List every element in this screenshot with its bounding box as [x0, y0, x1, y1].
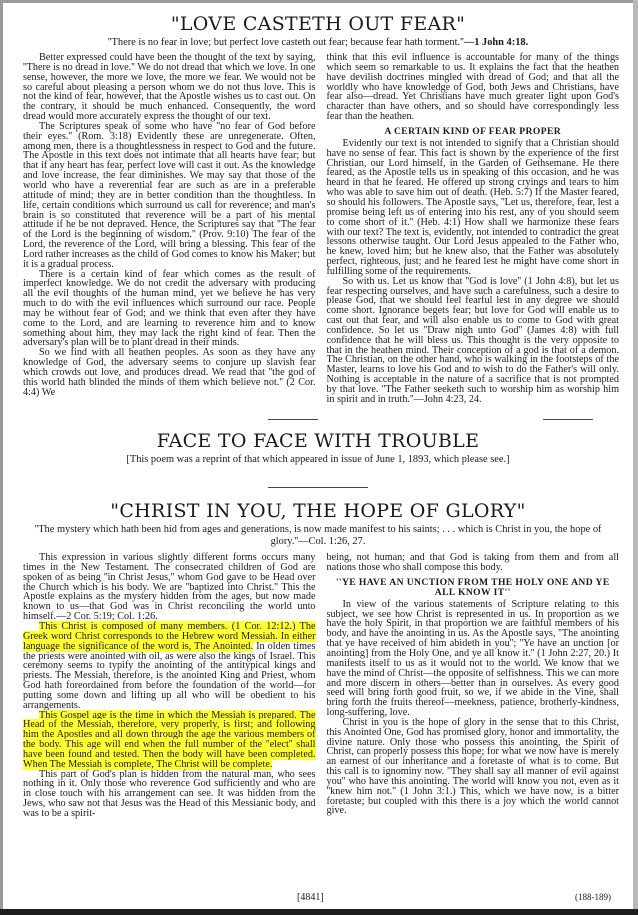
article-title-christ-in-you: "CHRIST IN YOU, THE HOPE OF GLORY" — [3, 500, 633, 522]
article-title-love-casteth-out-fear: "LOVE CASTETH OUT FEAR" — [3, 13, 633, 35]
paragraph: There is a certain kind of fear which co… — [23, 270, 316, 349]
article-epigraph: ''The mystery which hath been hid from a… — [3, 524, 633, 548]
paragraph: So we find with all heathen peoples. As … — [23, 348, 316, 397]
highlighted-text[interactable]: This Gospel age is the time in which the… — [23, 710, 316, 770]
page-number: [4841] — [297, 892, 324, 903]
epigraph-text: ''There is no fear in love; but perfect … — [108, 37, 464, 48]
paragraph: So with us. Let us know that ''God is lo… — [327, 277, 620, 405]
article1-right-column: think that this evil influence is accoun… — [327, 53, 620, 405]
epigraph-reference: —1 John 4:18. — [464, 37, 528, 48]
article3-columns: This expression in various slightly diff… — [3, 553, 619, 819]
article3-left-column: This expression in various slightly diff… — [23, 553, 316, 819]
page-reference: (188-189) — [575, 892, 611, 902]
section-subheading: A CERTAIN KIND OF FEAR PROPER — [327, 127, 620, 137]
paragraph: This part of God's plan is hidden from t… — [23, 770, 316, 819]
section-divider — [543, 419, 593, 420]
paragraph: This expression in various slightly diff… — [23, 553, 316, 622]
document-page: "LOVE CASTETH OUT FEAR" ''There is no fe… — [3, 3, 633, 909]
paragraph: Christ in you is the hope of glory in th… — [327, 718, 620, 816]
article-epigraph: ''There is no fear in love; but perfect … — [3, 37, 633, 49]
reprint-notice: [This poem was a reprint of that which a… — [3, 454, 633, 465]
paragraph: The Scriptures speak of some who have ''… — [23, 122, 316, 270]
article3-right-column: being, not human; and that God is taking… — [327, 553, 620, 819]
paragraph-highlighted: This Gospel age is the time in which the… — [23, 711, 316, 770]
section-subheading: ''YE HAVE AN UNCTION FROM THE HOLY ONE A… — [327, 578, 620, 598]
paragraph-text: In olden times the priests were anointed… — [23, 641, 316, 711]
viewer-scrollbar-track[interactable] — [633, 0, 638, 909]
section-divider — [268, 419, 318, 420]
article1-columns: Better expressed could have been the tho… — [3, 53, 619, 405]
paragraph: Evidently our text is not intended to si… — [327, 139, 620, 277]
article-title-face-to-face: FACE TO FACE WITH TROUBLE — [3, 430, 633, 452]
article1-left-column: Better expressed could have been the tho… — [23, 53, 316, 405]
paragraph: Better expressed could have been the tho… — [23, 53, 316, 122]
paragraph-highlighted: This Christ is composed of many members.… — [23, 622, 316, 711]
paragraph: being, not human; and that God is taking… — [327, 553, 620, 573]
paragraph: think that this evil influence is accoun… — [327, 53, 620, 122]
paragraph: In view of the various statements of Scr… — [327, 600, 620, 718]
viewer-bottom-bar — [0, 909, 638, 915]
